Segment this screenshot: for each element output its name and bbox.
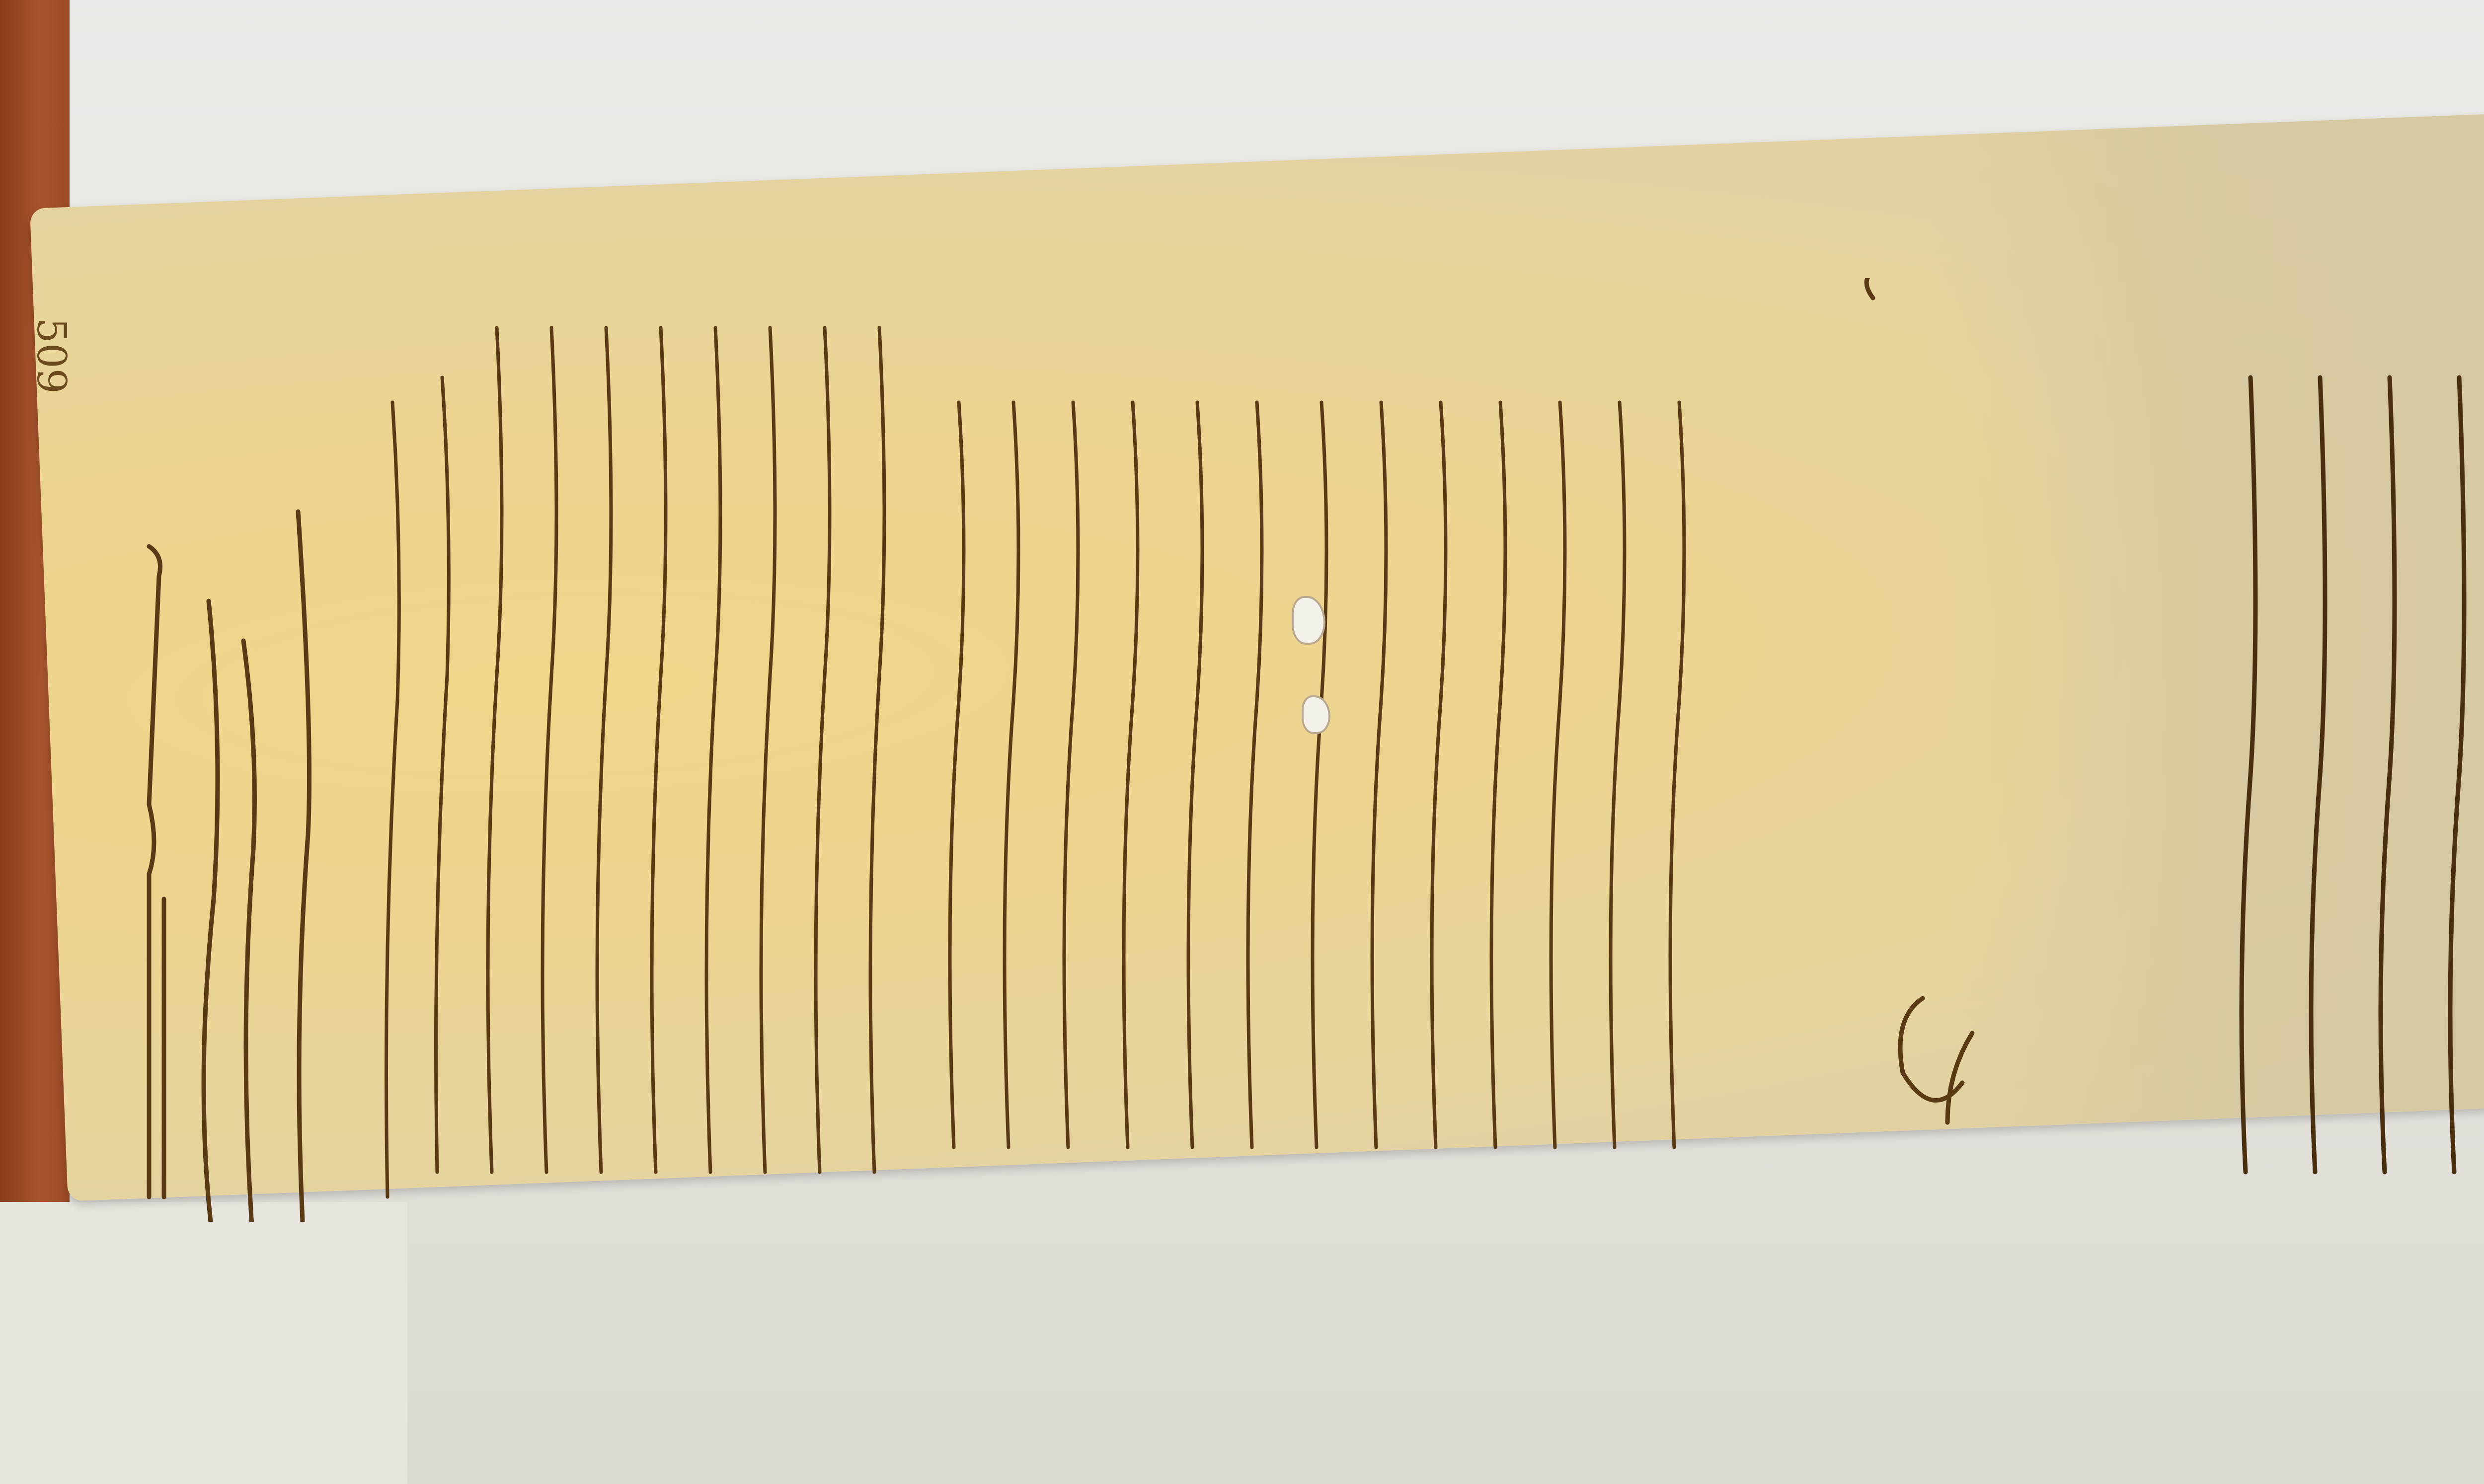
signature-mark: [1848, 278, 2047, 1222]
handwriting-block-main-right: [934, 278, 1828, 1222]
handwriting-block-heading: [89, 278, 368, 1222]
handwriting-block-main-left: [378, 278, 924, 1222]
handwriting-block-endorsement: [2186, 278, 2484, 1222]
table-surface: [0, 1202, 407, 1484]
folio-number: 509: [28, 318, 75, 394]
